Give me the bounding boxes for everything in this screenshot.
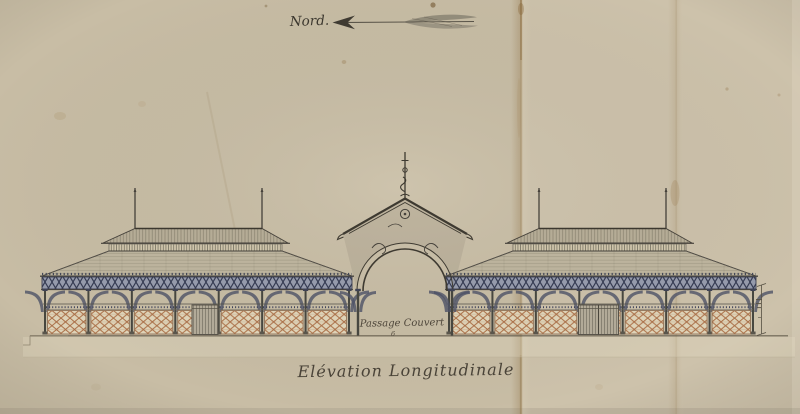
left-pavilion-door — [192, 305, 218, 335]
passage-label: Passage Couvert — [359, 317, 446, 330]
right-pavilion-door — [579, 305, 619, 335]
scanned-drawing-page: Nord. — [0, 0, 800, 414]
ground-line — [23, 336, 795, 357]
elevation-drawing: Nord. — [0, 0, 800, 414]
passage-mark: 6 — [391, 330, 395, 338]
title-label: Elévation Longitudinale — [296, 360, 514, 381]
north-label: Nord. — [289, 13, 330, 30]
